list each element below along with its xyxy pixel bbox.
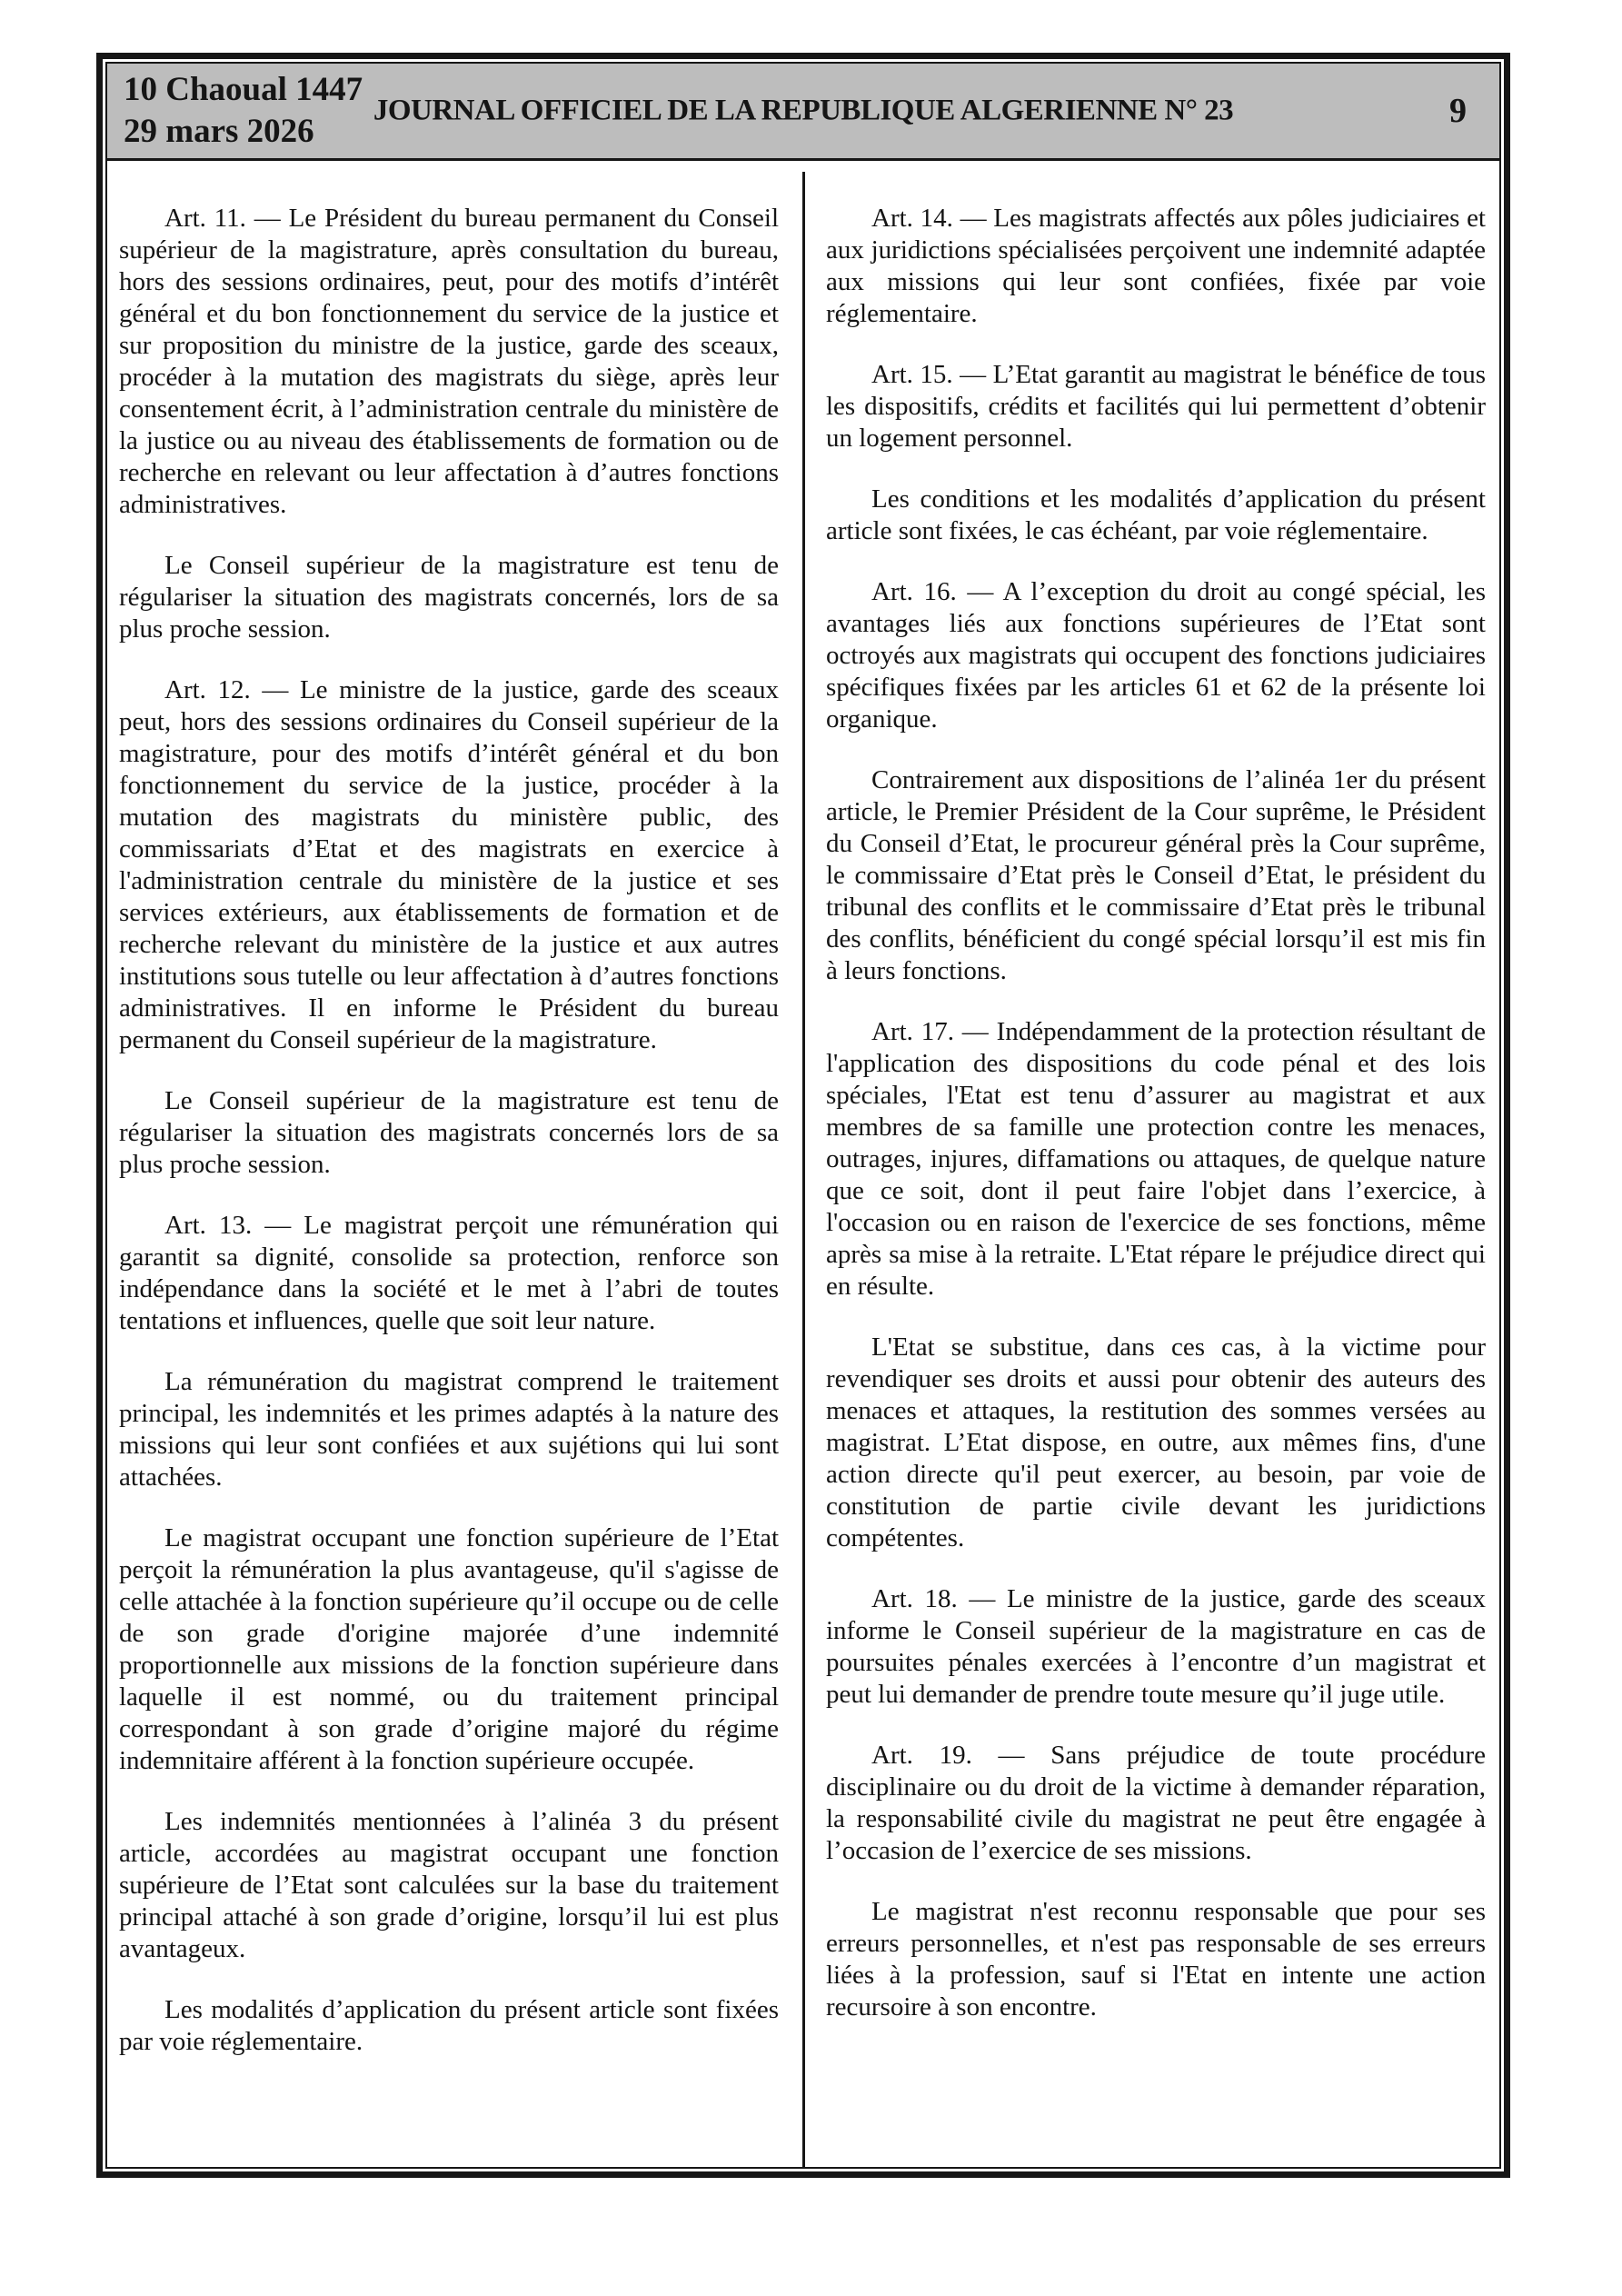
paragraph: Le magistrat n'est reconnu responsable q… xyxy=(826,1896,1486,2023)
paragraph: La rémunération du magistrat comprend le… xyxy=(119,1366,779,1493)
paragraph-art-11: Art. 11. — Le Président du bureau perman… xyxy=(119,203,779,521)
paragraph: Le Conseil supérieur de la magistrature … xyxy=(119,550,779,645)
paragraph: Les conditions et les modalités d’applic… xyxy=(826,484,1486,547)
paragraph-art-19: Art. 19. — Sans préjudice de toute procé… xyxy=(826,1740,1486,1867)
hijri-date: 10 Chaoual 1447 xyxy=(124,69,363,111)
paragraph-art-17: Art. 17. — Indépendamment de la protecti… xyxy=(826,1016,1486,1303)
paragraph-art-12: Art. 12. — Le ministre de la justice, ga… xyxy=(119,674,779,1056)
issue-dates: 10 Chaoual 1447 29 mars 2026 xyxy=(124,69,363,154)
text-columns: Art. 11. — Le Président du bureau perman… xyxy=(107,161,1499,2167)
paragraph: Les modalités d’application du présent a… xyxy=(119,1994,779,2058)
paragraph-art-16: Art. 16. — A l’exception du droit au con… xyxy=(826,576,1486,735)
paragraph: L'Etat se substitue, dans ces cas, à la … xyxy=(826,1332,1486,1554)
page-frame-inner: 10 Chaoual 1447 29 mars 2026 JOURNAL OFF… xyxy=(105,62,1501,2169)
page-frame: 10 Chaoual 1447 29 mars 2026 JOURNAL OFF… xyxy=(96,53,1510,2178)
gregorian-date: 29 mars 2026 xyxy=(124,111,363,153)
right-column: Art. 14. — Les magistrats affectés aux p… xyxy=(805,161,1499,2167)
paragraph-art-15: Art. 15. — L’Etat garantit au magistrat … xyxy=(826,359,1486,454)
paragraph-art-18: Art. 18. — Le ministre de la justice, ga… xyxy=(826,1583,1486,1711)
paragraph-art-13: Art. 13. — Le magistrat perçoit une rému… xyxy=(119,1210,779,1337)
paragraph: Le magistrat occupant une fonction supér… xyxy=(119,1522,779,1777)
page-header: 10 Chaoual 1447 29 mars 2026 JOURNAL OFF… xyxy=(107,64,1499,161)
paragraph: Le Conseil supérieur de la magistrature … xyxy=(119,1085,779,1181)
journal-title: JOURNAL OFFICIEL DE LA REPUBLIQUE ALGERI… xyxy=(373,95,1233,128)
paragraph: Contrairement aux dispositions de l’alin… xyxy=(826,764,1486,987)
paragraph: Les indemnités mentionnées à l’alinéa 3 … xyxy=(119,1806,779,1965)
page-number: 9 xyxy=(1449,91,1467,131)
left-column: Art. 11. — Le Président du bureau perman… xyxy=(107,161,802,2167)
paragraph-art-14: Art. 14. — Les magistrats affectés aux p… xyxy=(826,203,1486,330)
